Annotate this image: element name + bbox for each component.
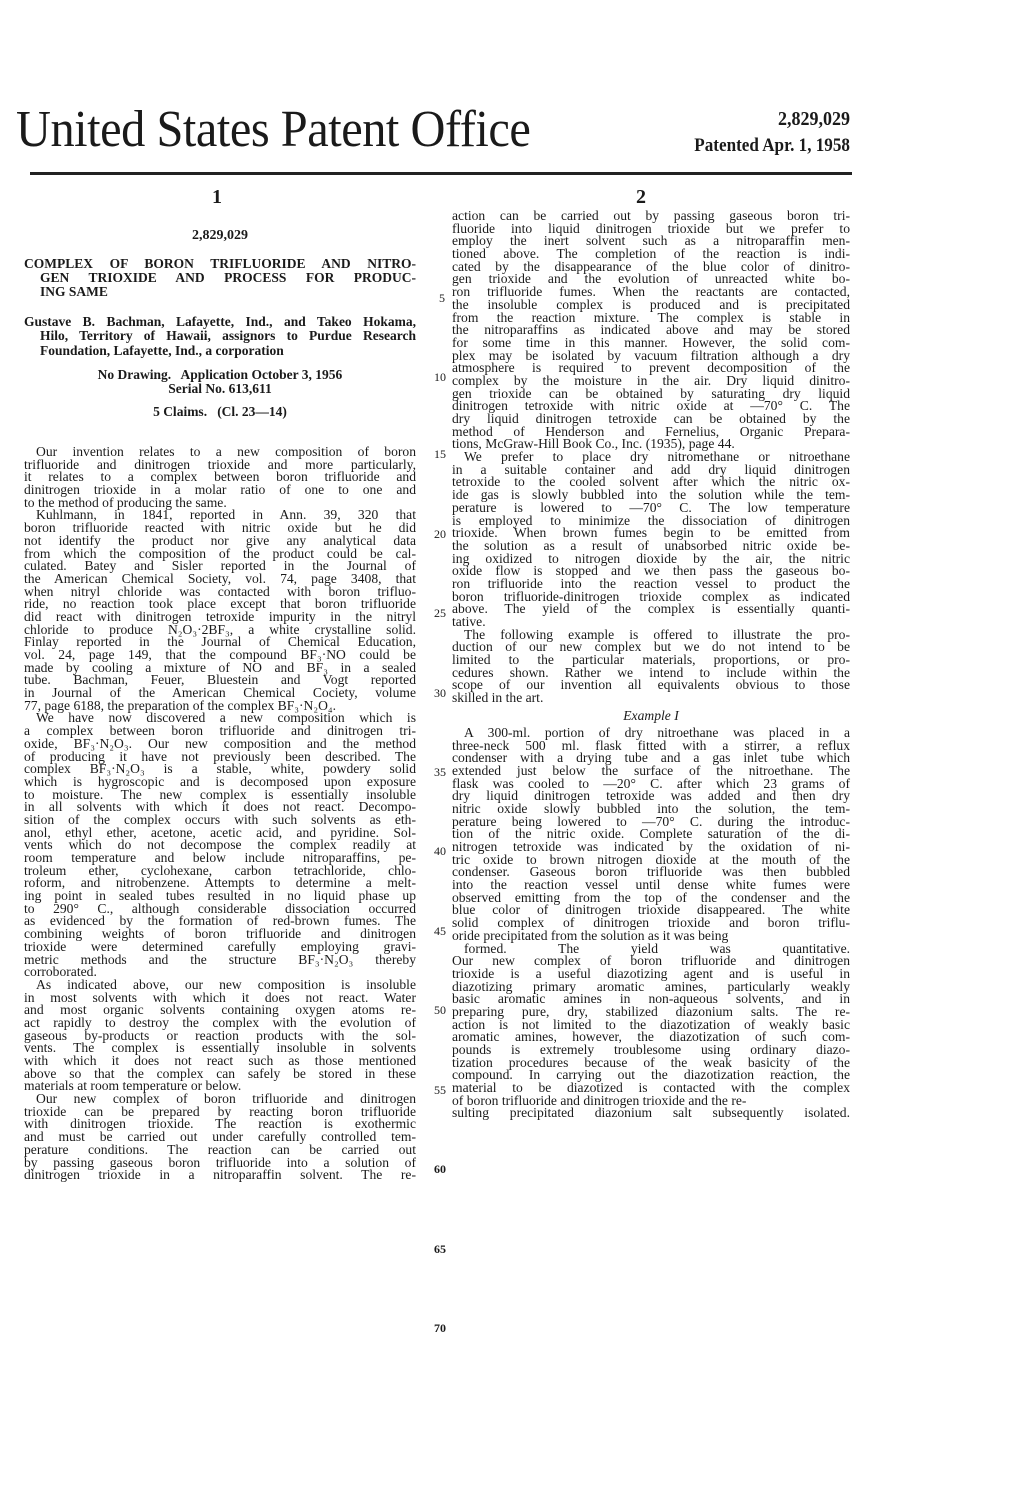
column-number-right: 2 [636,186,646,209]
line-number: 15 [428,447,452,462]
left-column-body: Our invention relates to a new compositi… [24,446,416,1182]
line-number: 65 [428,1242,452,1257]
patent-number: 2,829,029 [778,108,850,131]
line-number: 55 [428,1083,452,1098]
application-info: No Drawing. Application October 3, 1956 … [24,368,416,396]
title-line: COMPLEX OF BORON TRIFLUORIDE AND NITRO- [24,257,416,271]
line-number: 25 [428,606,452,621]
line-number: 45 [428,924,452,939]
line-number: 20 [428,527,452,542]
line-number: 40 [428,844,452,859]
line-number: 10 [428,370,452,385]
inventors-line: Foundation, Lafayette, Ind., a corporati… [24,344,416,358]
inventors-line: Gustave B. Bachman, Lafayette, Ind., and… [24,315,416,329]
line-number: 35 [428,765,452,780]
inventors: Gustave B. Bachman, Lafayette, Ind., and… [24,315,416,358]
text-line: dinitrogen trioxide in a nitroparaffin s… [24,1169,416,1182]
application-line: No Drawing. Application October 3, 1956 [24,368,416,382]
front-matter: 2,829,029 COMPLEX OF BORON TRIFLUORIDE A… [24,0,416,440]
front-patent-number: 2,829,029 [24,228,416,244]
line-number: 60 [428,1162,452,1177]
text-line: sulting precipitated diazonium salt subs… [452,1107,850,1120]
line-number: 30 [428,686,452,701]
claims-line: 5 Claims. (Cl. 23—14) [24,404,416,420]
right-column-body: action can be carried out by passing gas… [452,210,850,1120]
text-line: above. The yield of the complex is essen… [452,603,850,616]
line-number: 70 [428,1321,452,1336]
example-heading: Example I [452,705,850,727]
title-line: ING SAME [24,285,416,299]
text-line: skilled in the art. [452,692,850,705]
serial-line: Serial No. 613,611 [24,382,416,396]
line-number: 50 [428,1003,452,1018]
invention-title: COMPLEX OF BORON TRIFLUORIDE AND NITRO- … [24,257,416,299]
inventors-line: Hilo, Territory of Hawaii, assignors to … [24,329,416,343]
line-number: 5 [430,291,454,306]
title-line: GEN TRIOXIDE AND PROCESS FOR PRODUC- [24,271,416,285]
patented-date: Patented Apr. 1, 1958 [694,135,850,157]
